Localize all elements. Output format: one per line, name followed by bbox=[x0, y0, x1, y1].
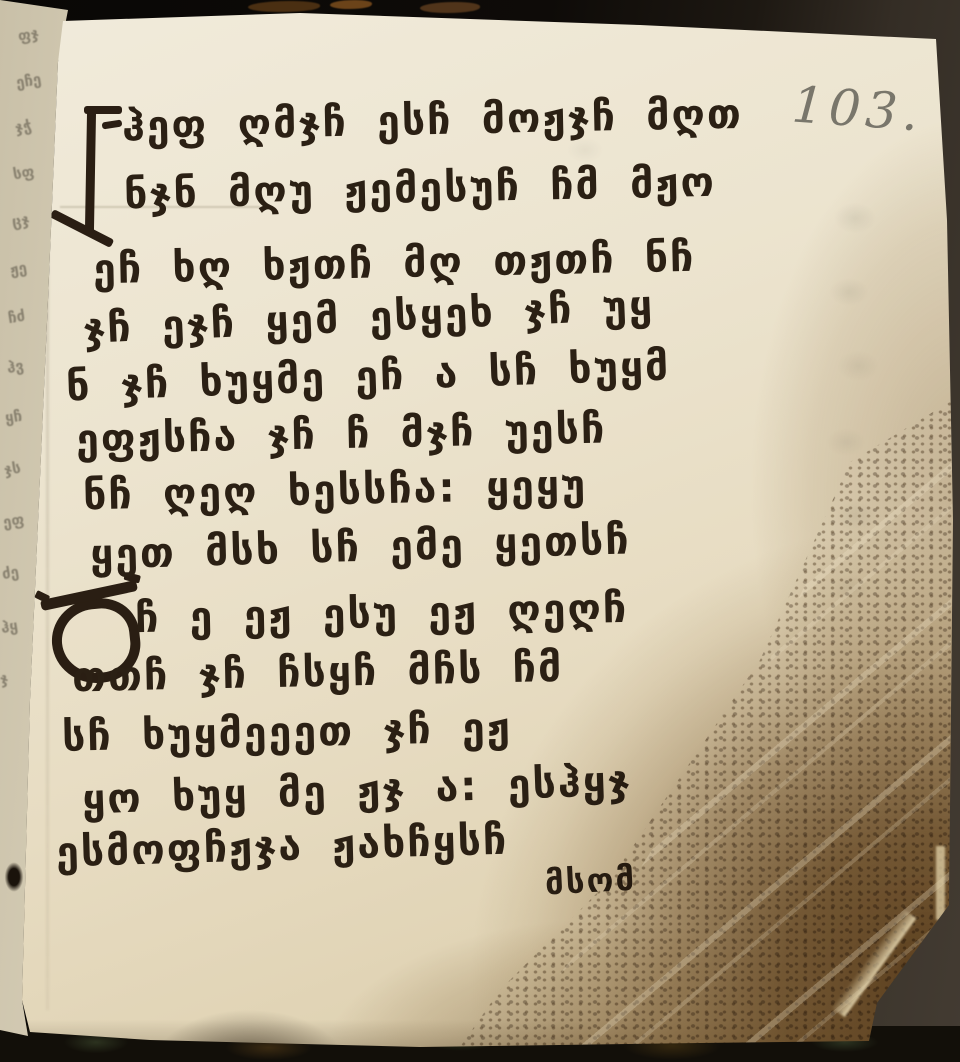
ghost-text-line: ეჩე bbox=[15, 70, 43, 92]
folio-number: 103. bbox=[790, 75, 925, 142]
ghost-text-line: ჩძ bbox=[7, 307, 27, 327]
ghost-text-line: ცჯ bbox=[11, 211, 31, 232]
ghost-text-line: ჟე bbox=[9, 259, 28, 279]
manuscript-line: ეფჟსჩა ჯჩ ჩ მჯჩ უესჩ bbox=[76, 408, 607, 460]
ghost-text-line: ჯჭ bbox=[14, 117, 33, 137]
manuscript-line: თთჩ ჯჩ ჩსყჩ მჩს ჩმ bbox=[72, 647, 564, 698]
manuscript-line: ჰეფ ღმჯჩ ესჩ მოჟჯჩ მღთ bbox=[122, 94, 744, 148]
manuscript-line: ესმოფჩჟჯა ჟახჩყსჩ bbox=[56, 820, 509, 874]
ghost-text-line: ჰვ bbox=[6, 357, 25, 377]
manuscript-line: ნჯნ მღუ ჟემესუჩ ჩმ მჟო bbox=[124, 162, 717, 215]
ghost-text-line: ფჯ bbox=[17, 24, 40, 45]
right-edge-pale-strip bbox=[936, 846, 945, 920]
manuscript-page: 103. ჰეფ ღმჯჩ ესჩ მოჟჯჩ მღთ ნჯნ მღუ ჟემე… bbox=[0, 0, 960, 1062]
ghost-text-line: ჯ bbox=[0, 669, 9, 688]
ghost-text-line: ყჩ bbox=[4, 407, 24, 427]
ghost-text-line: ძე bbox=[1, 563, 20, 583]
ghost-text-line: ჰყ bbox=[0, 617, 19, 637]
manuscript-line: ნჩ ღეღ ხესსჩა: ყეყუ bbox=[83, 465, 588, 517]
wormhole-spot bbox=[2, 858, 26, 896]
catchword-line: მსომ bbox=[544, 862, 637, 900]
ghost-text-line: ეფ bbox=[2, 510, 26, 531]
manuscript-line: სჩ ხუყმეეეთ ჯჩ ეჟ bbox=[62, 707, 513, 757]
ghost-text-line: ჯს bbox=[3, 459, 22, 479]
manuscript-line: ჩ ე ეჟ ესუ ეჟ ღეღჩ bbox=[135, 588, 629, 639]
manuscript-photo: ფჯ ეჩე ჯჭ სფ ცჯ ჟე ჩძ ჰვ ყჩ ჯს ეფ ძე ჰყ … bbox=[0, 0, 960, 1062]
ghost-text-line: სფ bbox=[12, 162, 36, 183]
